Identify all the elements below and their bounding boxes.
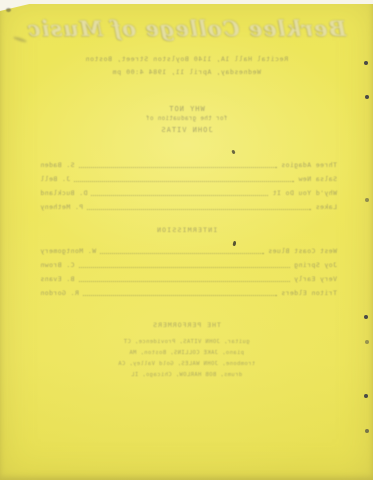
song-title: West Coast Blues bbox=[268, 247, 337, 256]
punch-hole bbox=[364, 315, 368, 319]
program-set-2: West Coast Blues W. Montgomery Joy Sprin… bbox=[0, 242, 373, 298]
ink-smudge bbox=[6, 8, 11, 12]
dot-leader bbox=[79, 167, 277, 168]
performers-block: THE PERFORMERS guitar, JOHN VITAS, Provi… bbox=[0, 321, 373, 381]
berklee-logo-text: Berklee College of Music bbox=[0, 16, 373, 41]
punch-hole bbox=[365, 198, 369, 202]
student-name: JOHN VITAS bbox=[0, 124, 373, 136]
composer-name: R. Gordon bbox=[40, 289, 79, 298]
song-title: Triton Elders bbox=[281, 289, 337, 298]
song-title: Three Adagios bbox=[281, 161, 337, 170]
dot-leader bbox=[79, 281, 290, 282]
performer-line: trombone, JOHN WALES, Gold Valley, CA bbox=[0, 359, 373, 370]
address-line: Recital Hall 1A, 1140 Boylston Street, B… bbox=[0, 53, 373, 66]
punch-hole bbox=[365, 429, 369, 433]
performer-line: guitar, JOHN VITAS, Providence, CT bbox=[0, 337, 373, 348]
scanned-program-page-back: Berklee College of Music Recital Hall 1A… bbox=[0, 0, 373, 480]
punch-hole bbox=[365, 340, 369, 344]
program-row: Lakes P. Metheny bbox=[0, 198, 373, 212]
program-row: Very Early B. Evans bbox=[0, 270, 373, 284]
program-row: Why'd You Do It D. Buckland bbox=[0, 184, 373, 198]
performers-heading: THE PERFORMERS bbox=[0, 321, 373, 329]
event-address-block: Recital Hall 1A, 1140 Boylston Street, B… bbox=[0, 53, 373, 79]
composer-name: C. Brown bbox=[40, 261, 75, 270]
composer-name: P. Metheny bbox=[40, 203, 83, 212]
composer-name: S. Baden bbox=[40, 161, 75, 170]
song-title: Joy Spring bbox=[294, 261, 337, 270]
dot-leader bbox=[87, 209, 311, 210]
intermission-label: INTERMISSION bbox=[0, 226, 373, 234]
datetime-line: Wednesday, April 11, 1984 4:00 pm bbox=[0, 66, 373, 79]
song-title: Salsa New bbox=[298, 175, 337, 184]
dot-leader bbox=[91, 195, 268, 196]
dot-leader bbox=[79, 267, 290, 268]
song-title: Very Early bbox=[294, 275, 337, 284]
program-row: Salsa New J. Bell bbox=[0, 170, 373, 184]
composer-name: B. Evans bbox=[40, 275, 75, 284]
program-row: Three Adagios S. Baden bbox=[0, 156, 373, 170]
performer-line: piano, JAKE COLLINS, Boston, MA bbox=[0, 348, 373, 359]
program-set-1: Three Adagios S. Baden Salsa New J. Bell… bbox=[0, 156, 373, 212]
recital-title-block: WHY NOT for the graduation of JOHN VITAS bbox=[0, 104, 373, 136]
punch-hole bbox=[364, 394, 368, 398]
dot-leader bbox=[83, 295, 277, 296]
recital-subtitle: for the graduation of bbox=[0, 114, 373, 124]
song-title: Why'd You Do It bbox=[272, 189, 337, 198]
program-row: Joy Spring C. Brown bbox=[0, 256, 373, 270]
dot-leader bbox=[74, 181, 294, 182]
scanner-edge-strip bbox=[0, 0, 373, 4]
showthrough-content: Berklee College of Music Recital Hall 1A… bbox=[0, 0, 373, 480]
program-row: Triton Elders R. Gordon bbox=[0, 284, 373, 298]
composer-name: D. Buckland bbox=[40, 189, 87, 198]
punch-hole bbox=[365, 95, 369, 99]
recital-title: WHY NOT bbox=[0, 104, 373, 114]
program-row: West Coast Blues W. Montgomery bbox=[0, 242, 373, 256]
composer-name: J. Bell bbox=[40, 175, 70, 184]
dot-leader bbox=[100, 253, 264, 254]
performer-line: drums, BOB HARLOW, Chicago, IL bbox=[0, 370, 373, 381]
composer-name: W. Montgomery bbox=[40, 247, 96, 256]
song-title: Lakes bbox=[315, 203, 337, 212]
punch-hole bbox=[364, 61, 368, 65]
